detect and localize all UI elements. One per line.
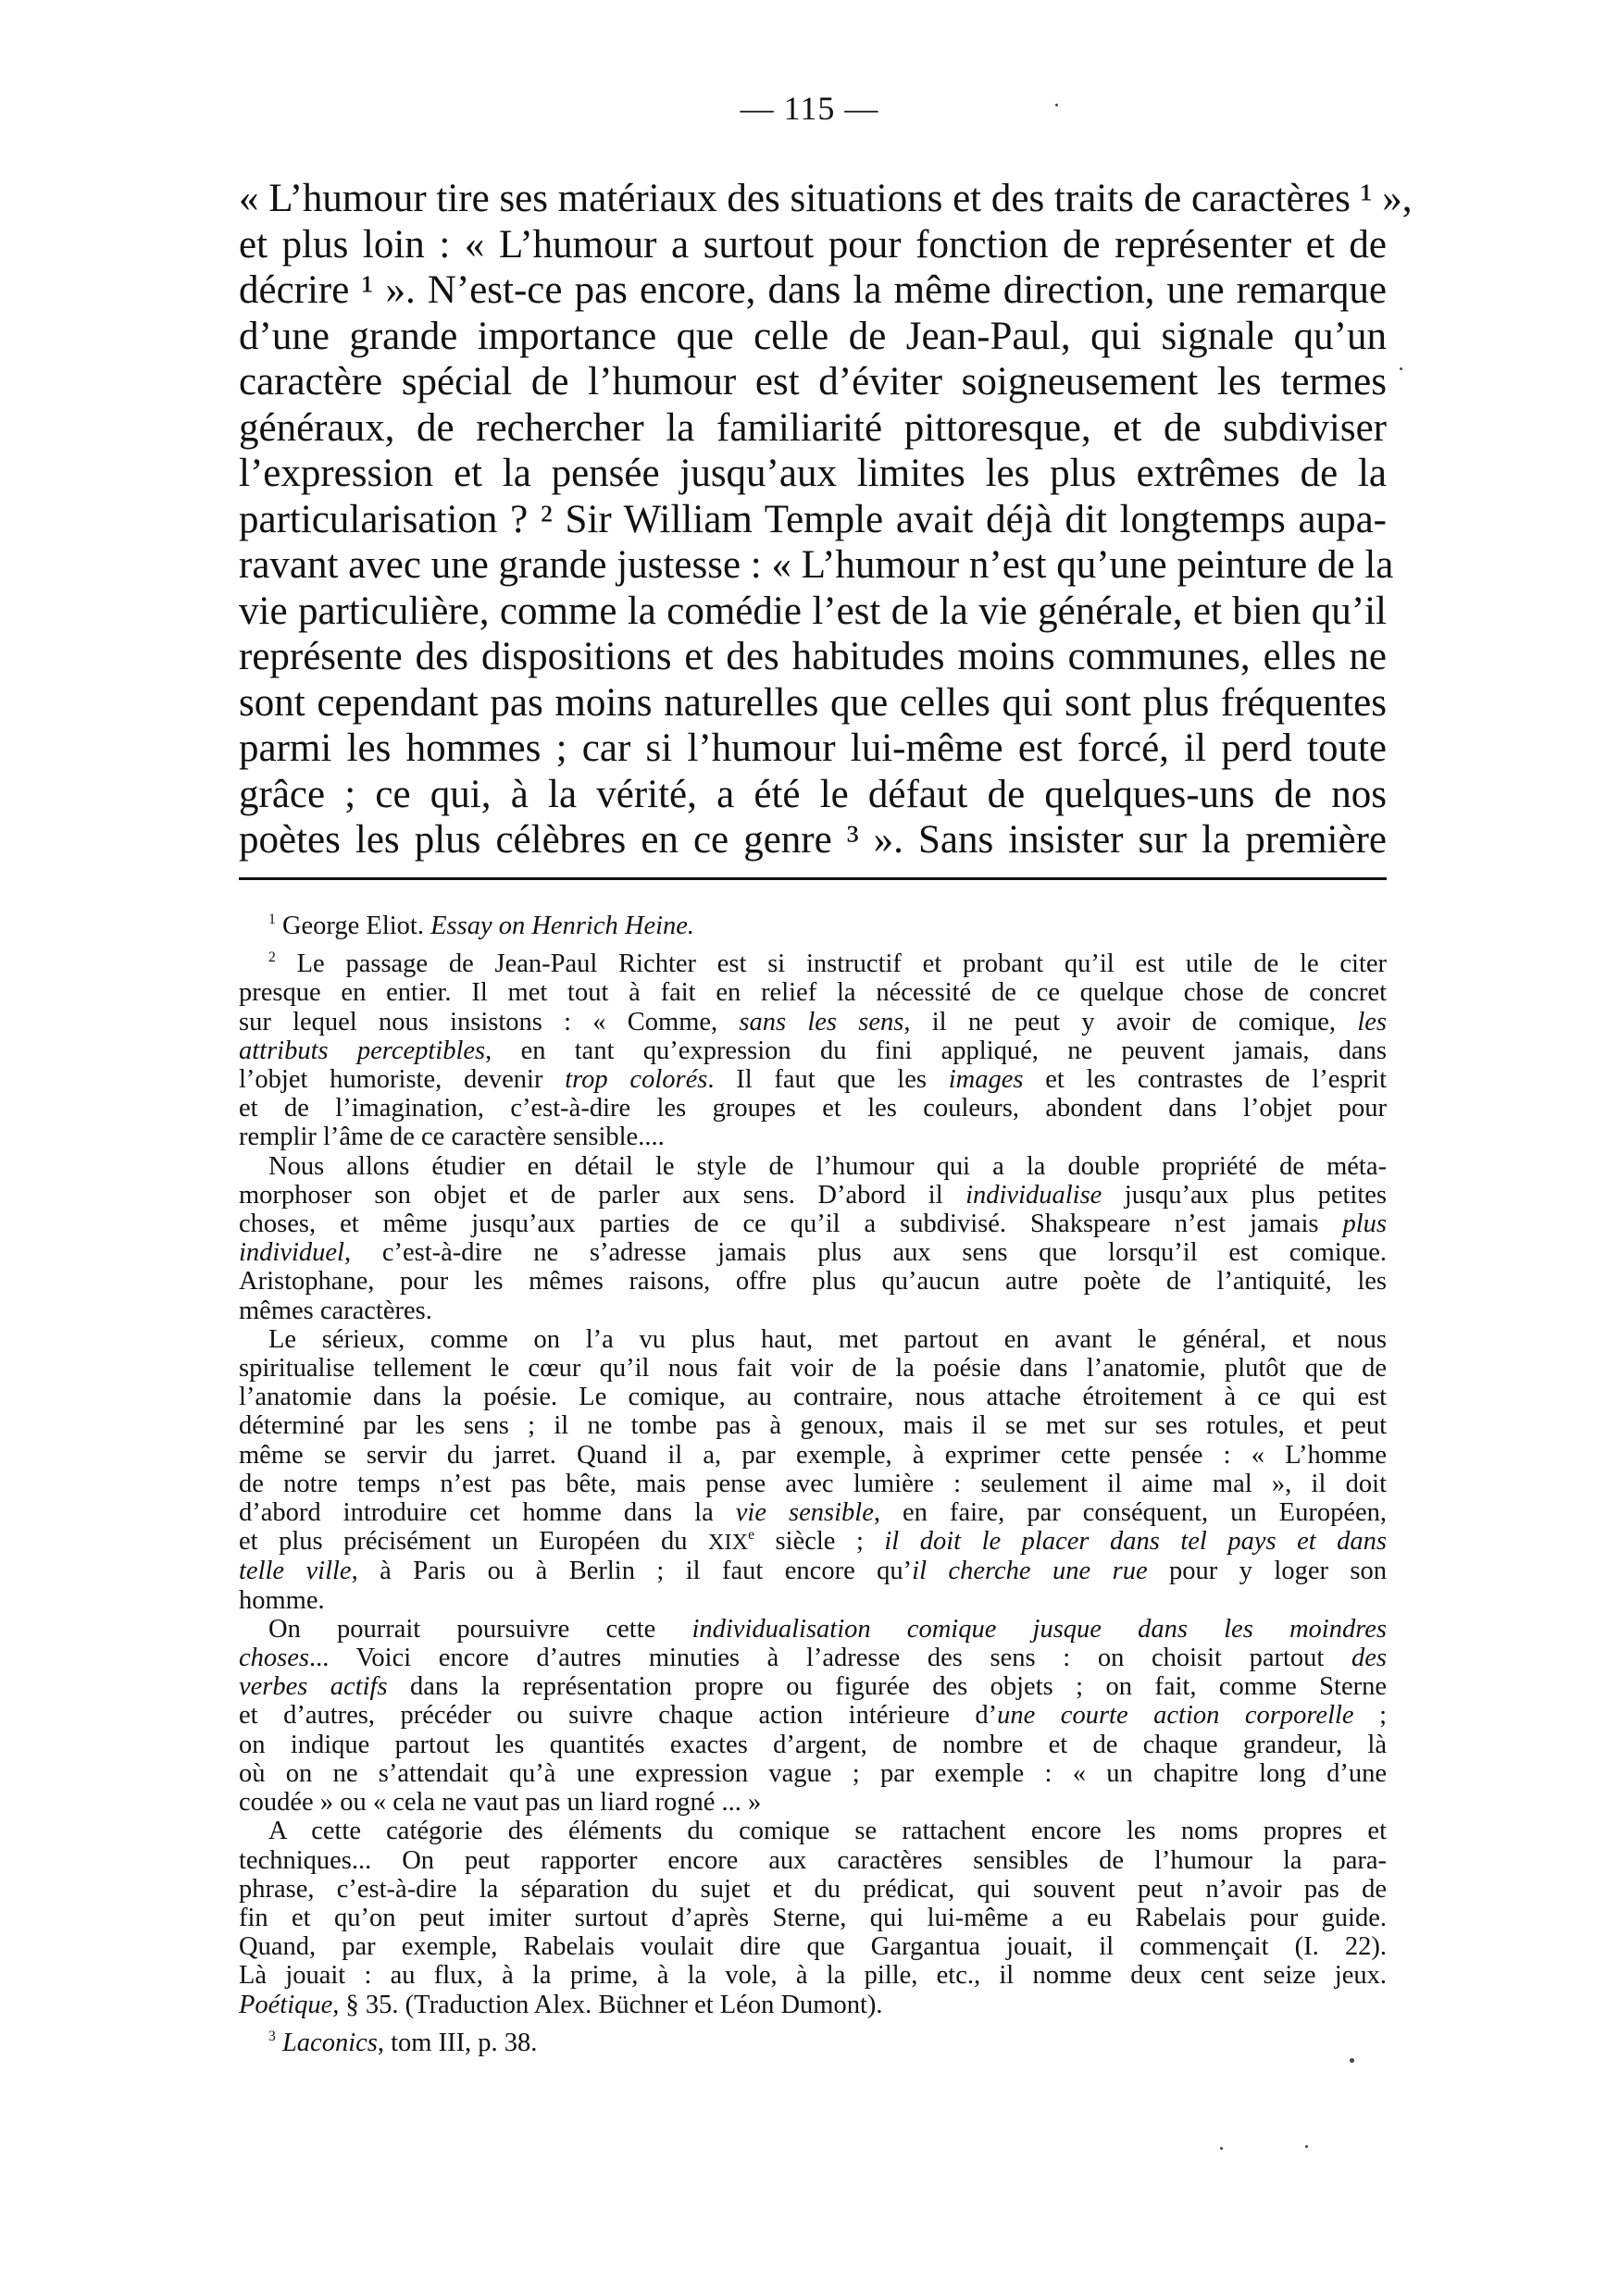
- footnote-citation: , tom III, p. 38.: [378, 2029, 538, 2057]
- body-line: décrire ¹ ». N’est-ce pas encore, dans l…: [239, 267, 1387, 314]
- body-line: ravant avec une grande justesse : « L’hu…: [239, 542, 1387, 589]
- footnote-line: l’anatomie dans la poésie. Le comique, a…: [239, 1383, 1387, 1411]
- footnote-author: George Eliot.: [282, 912, 424, 940]
- scan-speck: [1400, 367, 1402, 370]
- footnote-line: Là jouait : au flux, à la prime, à la vo…: [239, 1961, 1387, 1990]
- footnote-line: Le sérieux, comme on l’a vu plus haut, m…: [239, 1325, 1387, 1354]
- footnote-marker: 1: [268, 912, 276, 927]
- footnote-line: choses... Voici encore d’autres minuties…: [239, 1644, 1387, 1672]
- footnote-line: déterminé par les sens ; il ne tombe pas…: [239, 1411, 1387, 1440]
- footnote-1: 1 George Eliot. Essay on Henrich Heine.: [239, 912, 1387, 940]
- footnote-line: techniques... On peut rapporter encore a…: [239, 1846, 1387, 1875]
- footnote-line: attributs perceptibles, en tant qu’expre…: [239, 1036, 1387, 1065]
- footnote-line: choses, et même jusqu’aux parties de ce …: [239, 1210, 1387, 1238]
- footnote-line: Aristophane, pour les mêmes raisons, off…: [239, 1267, 1387, 1296]
- footnote-line: et plus précisément un Européen du XIXe …: [239, 1527, 1387, 1557]
- scan-speck: [1055, 104, 1058, 106]
- footnote-line: fin et qu’on peut imiter surtout d’après…: [239, 1904, 1387, 1932]
- footnote-title: Essay on Henrich Heine.: [430, 912, 694, 940]
- footnote-line: Quand, par exemple, Rabelais voulait dir…: [239, 1932, 1387, 1961]
- footnote-line: Le passage de Jean-Paul Richter est si i…: [297, 949, 1387, 978]
- footnote-title: Laconics: [282, 2029, 378, 2057]
- footnote-line: remplir l’âme de ce caractère sensible..…: [239, 1123, 1387, 1151]
- footnote-line: spiritualise tellement le cœur qu’il nou…: [239, 1354, 1387, 1383]
- body-line: poètes les plus célèbres en ce genre ³ »…: [239, 817, 1387, 863]
- footnote-marker: 3: [268, 2029, 276, 2044]
- body-line: « L’humour tire ses matériaux des situat…: [239, 176, 1387, 222]
- footnote-line: sur lequel nous insistons : « Comme, san…: [239, 1008, 1387, 1036]
- footnote-line: on indique partout les quantités exactes…: [239, 1731, 1387, 1759]
- footnote-line: On pourrait poursuivre cette individuali…: [239, 1615, 1387, 1644]
- footnote-line: presque en entier. Il met tout à fait en…: [239, 978, 1387, 1007]
- body-line: d’une grande importance que celle de Jea…: [239, 314, 1387, 360]
- footnote-marker: 2: [268, 949, 276, 965]
- body-line: représente des dispositions et des habit…: [239, 634, 1387, 680]
- footnote-line: même se servir du jarret. Quand il a, pa…: [239, 1441, 1387, 1470]
- body-line: l’expression et la pensée jusqu’aux limi…: [239, 451, 1387, 497]
- footnote-line: homme.: [239, 1586, 1387, 1615]
- body-line: parmi les hommes ; car si l’humour lui-m…: [239, 726, 1387, 772]
- page-number: — 115 —: [0, 89, 1619, 128]
- body-line: grâce ; ce qui, à la vérité, a été le dé…: [239, 772, 1387, 818]
- footnote-line: Nous allons étudier en détail le style d…: [239, 1152, 1387, 1181]
- footnote-line: l’objet humoriste, devenir trop colorés.…: [239, 1065, 1387, 1094]
- body-line: vie particulière, comme la comédie l’est…: [239, 589, 1387, 635]
- footnote-line: telle ville, à Paris ou à Berlin ; il fa…: [239, 1557, 1387, 1585]
- footnote-line: individuel, c’est-à-dire ne s’adresse ja…: [239, 1238, 1387, 1267]
- scan-speck: [1220, 2147, 1223, 2150]
- footnote-line: et d’autres, précéder ou suivre chaque a…: [239, 1701, 1387, 1730]
- footnotes: 1 George Eliot. Essay on Henrich Heine. …: [239, 912, 1387, 2066]
- footnote-line: mêmes caractères.: [239, 1297, 1387, 1325]
- scan-speck: [1305, 2145, 1308, 2148]
- body-line: sont cependant pas moins naturelles que …: [239, 680, 1387, 726]
- scan-speck: [1350, 2058, 1354, 2063]
- footnote-line: de notre temps n’est pas bête, mais pens…: [239, 1470, 1387, 1498]
- body-line: particularisation ? ² Sir William Temple…: [239, 497, 1387, 543]
- footnote-3: 3 Laconics, tom III, p. 38.: [239, 2029, 1387, 2057]
- footnote-line: et de l’imagination, c’est-à-dire les gr…: [239, 1094, 1387, 1123]
- footnote-line: A cette catégorie des éléments du comiqu…: [239, 1817, 1387, 1845]
- footnote-line: Poétique, § 35. (Traduction Alex. Büchne…: [239, 1991, 1387, 2019]
- footnote-line: phrase, c’est-à-dire la séparation du su…: [239, 1875, 1387, 1904]
- body-line: généraux, de rechercher la familiarité p…: [239, 405, 1387, 452]
- footnote-line: où on ne s’attendait qu’à une expression…: [239, 1759, 1387, 1788]
- body-line: et plus loin : « L’humour a surtout pour…: [239, 222, 1387, 268]
- body-line: caractère spécial de l’humour est d’évit…: [239, 359, 1387, 405]
- footnote-line: d’abord introduire cet homme dans la vie…: [239, 1498, 1387, 1527]
- footnote-line: morphoser son objet et de parler aux sen…: [239, 1181, 1387, 1210]
- main-body-text: « L’humour tire ses matériaux des situat…: [239, 176, 1387, 863]
- footnote-divider: [239, 877, 1387, 880]
- footnote-line: coudée » ou « cela ne vaut pas un liard …: [239, 1788, 1387, 1817]
- footnote-2: 2 Le passage de Jean-Paul Richter est si…: [239, 949, 1387, 2019]
- footnote-line: verbes actifs dans la représentation pro…: [239, 1672, 1387, 1701]
